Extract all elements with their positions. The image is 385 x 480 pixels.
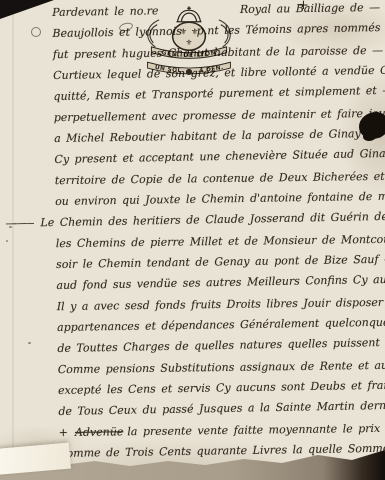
scanned-document: Pardevant le no.reRoyal au Bailliage de … [0, 0, 385, 480]
manuscript-line: perpetuellement avec promesse de mainten… [54, 103, 384, 128]
manuscript-line: +Advenüela presente vente faitte moyenna… [59, 418, 385, 443]
manuscript-text: a Michel Reboutier habitant de la parois… [54, 127, 377, 145]
manuscript-line: Il y a avec sesd fonds fruits Droits lib… [57, 292, 385, 317]
ink-speck [9, 226, 12, 228]
manuscript-text: aud fond sus vendüe ses autres Meilleurs… [56, 272, 385, 292]
ink-blot [359, 112, 385, 139]
manuscript-text: de Tous Ceux du passé Jusques a la Saint… [58, 399, 385, 418]
manuscript-line: Comme pensions Substitutions assignaux d… [58, 355, 385, 380]
manuscript-text: Somme de Trois Cents quarante Livres la … [59, 441, 385, 459]
manuscript-text: Il y a avec sesd fonds fruits Droits lib… [57, 295, 385, 313]
manuscript-text: de Touttes Charges de quelles natures qu… [57, 335, 385, 355]
crown-icon [176, 6, 201, 21]
manuscript-text: Cy present et acceptant une chenevière S… [54, 146, 385, 166]
tax-stamp: ⚜ ⚜ ⚜ GEN. DE LYON UN SOL 4 DEN. [136, 4, 242, 82]
fleur-de-lis-icon: ⚜ [186, 38, 193, 47]
manuscript-text: ou environ qui Jouxte le Chemin d'antoin… [55, 189, 385, 208]
manuscript-text: + [59, 426, 68, 439]
manuscript-text: Advenüe [75, 425, 124, 439]
manuscript-text: excepté les Cens et servis Cy aucuns son… [58, 379, 385, 397]
ink-speck [6, 240, 8, 242]
cross-mark: + [298, 0, 309, 13]
manuscript-line: les Chemins de pierre Millet et de Monsi… [56, 229, 385, 254]
manuscript-text: Le Chemin des heritiers de Claude Josser… [40, 209, 385, 229]
manuscript-text: perpetuellement avec promesse de mainten… [54, 107, 385, 124]
manuscript-text: les Chemins de pierre Millet et de Monsi… [56, 232, 385, 250]
ink-speck [28, 342, 31, 344]
manuscript-text: Comme pensions Substitutions assignaux d… [58, 358, 385, 376]
manuscript-text: quitté, Remis et Transporté purement et … [53, 84, 385, 103]
fleur-de-lis-icon: ⚜ [191, 27, 199, 37]
manuscript-text: soir le Chemin tendant de Genay au pont … [56, 253, 385, 271]
manuscript-text: la presente vente faitte moyennante le p… [127, 422, 385, 439]
fleur-de-lis-icon: ⚜ [179, 27, 187, 37]
manuscript-text: appartenances et dépendances Généralemen… [57, 315, 385, 334]
stamp-knot [186, 69, 192, 75]
manuscript-line: territoire de Copie de la contenue de De… [55, 166, 385, 191]
ink-squiggle [31, 27, 41, 37]
manuscript-text: territoire de Copie de la contenue de De… [55, 169, 385, 187]
